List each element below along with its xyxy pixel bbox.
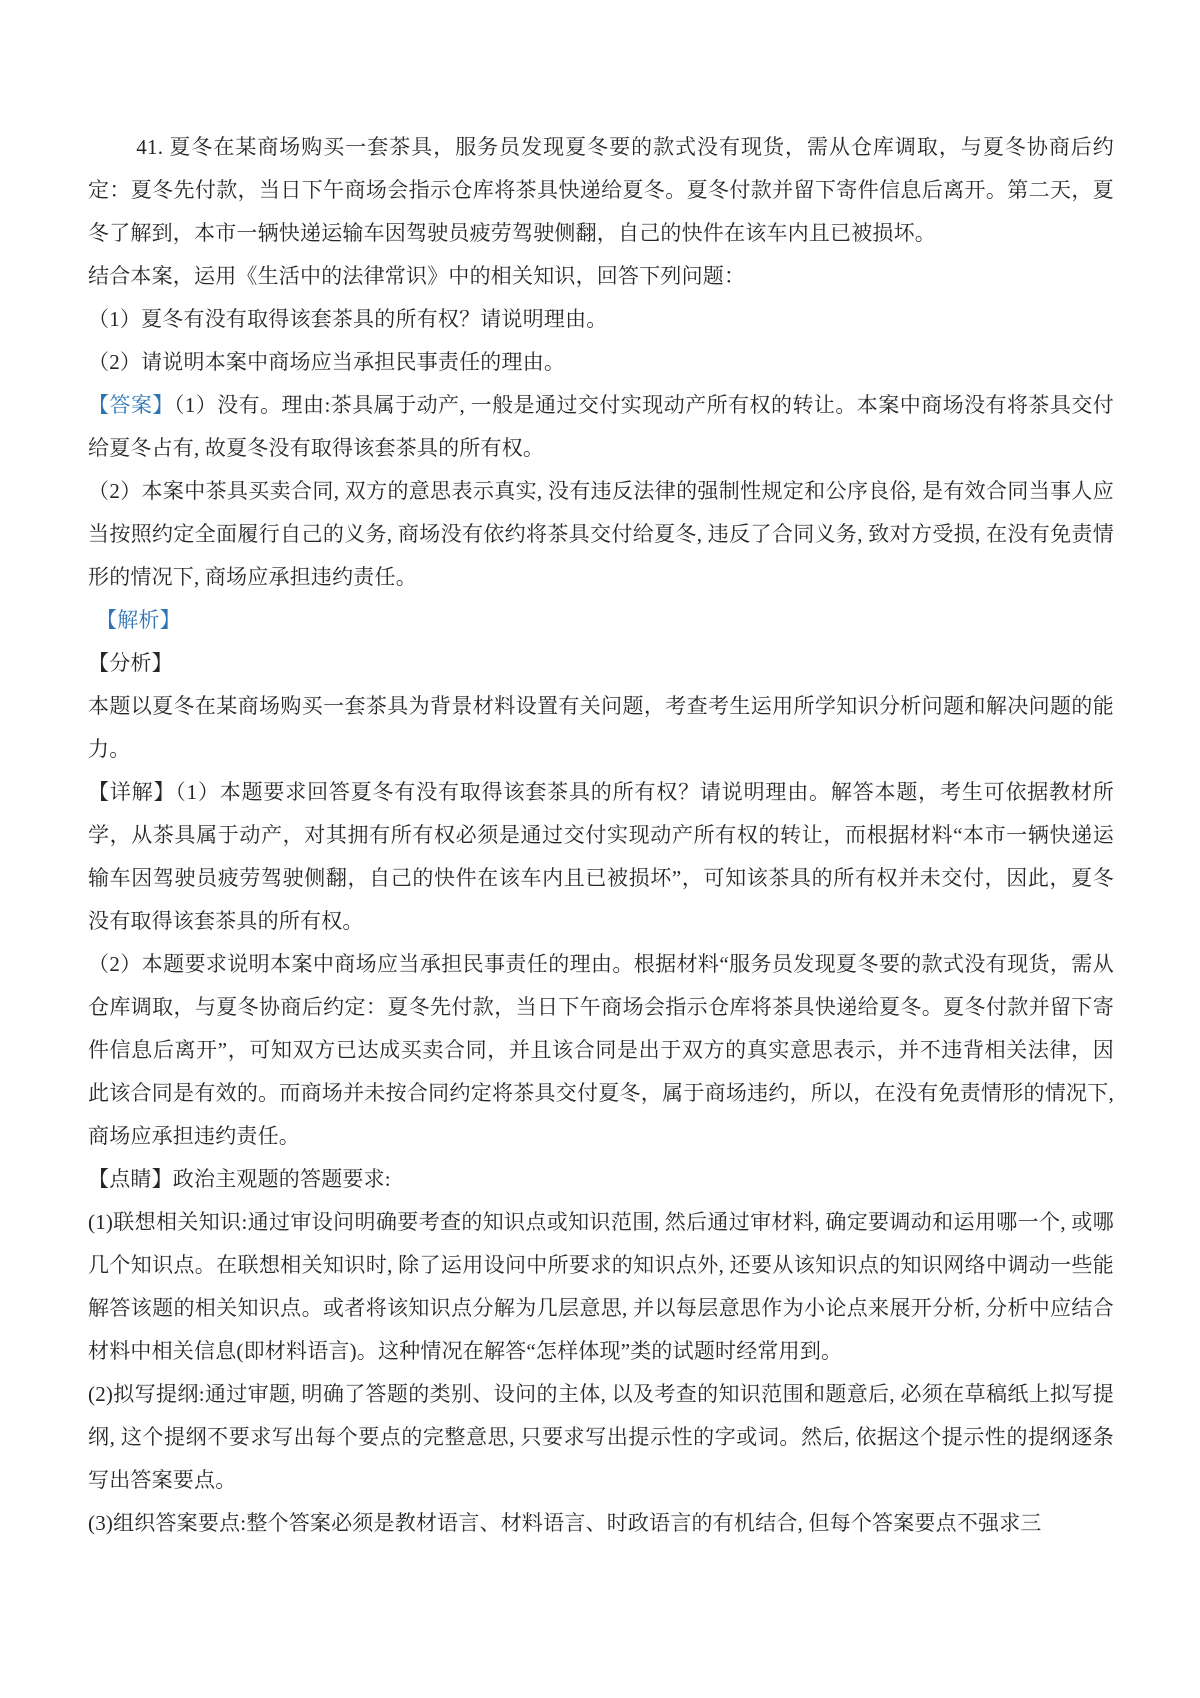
question-sub-1: （1）夏冬有没有取得该套茶具的所有权？请说明理由。	[88, 298, 1114, 341]
question-stem-text: 41. 夏冬在某商场购买一套茶具，服务员发现夏冬要的款式没有现货，需从仓库调取，…	[88, 135, 1114, 245]
tips-point-1-text: (1)联想相关知识:通过审设问明确要考查的知识点或知识范围, 然后通过审材料, …	[88, 1210, 1114, 1363]
detail-explanation-1: 【详解】（1）本题要求回答夏冬有没有取得该套茶具的所有权？请说明理由。解答本题，…	[88, 771, 1114, 943]
question-sub-2: （2）请说明本案中商场应当承担民事责任的理由。	[88, 341, 1114, 384]
question-sub-1-text: （1）夏冬有没有取得该套茶具的所有权？请说明理由。	[88, 307, 608, 331]
answer-part-2-text: （2）本案中茶具买卖合同, 双方的意思表示真实, 没有违反法律的强制性规定和公序…	[88, 479, 1114, 589]
detail-explanation-1-text: 【详解】（1）本题要求回答夏冬有没有取得该套茶具的所有权？请说明理由。解答本题，…	[88, 780, 1114, 933]
answer-part-1: 【答案】（1）没有。理由:茶具属于动产, 一般是通过交付实现动产所有权的转让。本…	[88, 384, 1114, 470]
document-page: 41. 夏冬在某商场购买一套茶具，服务员发现夏冬要的款式没有现货，需从仓库调取，…	[0, 0, 1200, 1698]
detail-explanation-2: （2）本题要求说明本案中商场应当承担民事责任的理由。根据材料“服务员发现夏冬要的…	[88, 943, 1114, 1158]
answer-part-1-text: （1）没有。理由:茶具属于动产, 一般是通过交付实现动产所有权的转让。本案中商场…	[88, 393, 1114, 460]
document-body: 41. 夏冬在某商场购买一套茶具，服务员发现夏冬要的款式没有现货，需从仓库调取，…	[88, 126, 1114, 1545]
question-stem: 41. 夏冬在某商场购买一套茶具，服务员发现夏冬要的款式没有现货，需从仓库调取，…	[88, 126, 1114, 255]
tips-label-text: 【点睛】政治主观题的答题要求:	[88, 1167, 391, 1191]
analysis-label: 【解析】	[88, 599, 1114, 642]
question-instruction-text: 结合本案，运用《生活中的法律常识》中的相关知识，回答下列问题：	[88, 264, 745, 288]
question-instruction: 结合本案，运用《生活中的法律常识》中的相关知识，回答下列问题：	[88, 255, 1114, 298]
answer-label: 【答案】	[88, 393, 174, 417]
analysis-overview: 本题以夏冬在某商场购买一套茶具为背景材料设置有关问题，考查考生运用所学知识分析问…	[88, 685, 1114, 771]
tips-point-3-text: (3)组织答案要点:整个答案必须是教材语言、材料语言、时政语言的有机结合, 但每…	[88, 1511, 1042, 1535]
answer-part-2: （2）本案中茶具买卖合同, 双方的意思表示真实, 没有违反法律的强制性规定和公序…	[88, 470, 1114, 599]
analysis-sublabel: 【分析】	[88, 642, 1114, 685]
analysis-label-text: 【解析】	[96, 608, 181, 632]
analysis-overview-text: 本题以夏冬在某商场购买一套茶具为背景材料设置有关问题，考查考生运用所学知识分析问…	[88, 694, 1114, 761]
question-sub-2-text: （2）请说明本案中商场应当承担民事责任的理由。	[88, 350, 565, 374]
tips-label: 【点睛】政治主观题的答题要求:	[88, 1158, 1114, 1201]
tips-point-3: (3)组织答案要点:整个答案必须是教材语言、材料语言、时政语言的有机结合, 但每…	[88, 1502, 1114, 1545]
detail-explanation-2-text: （2）本题要求说明本案中商场应当承担民事责任的理由。根据材料“服务员发现夏冬要的…	[88, 952, 1114, 1148]
tips-point-2: (2)拟写提纲:通过审题, 明确了答题的类别、设问的主体, 以及考查的知识范围和…	[88, 1373, 1114, 1502]
tips-point-2-text: (2)拟写提纲:通过审题, 明确了答题的类别、设问的主体, 以及考查的知识范围和…	[88, 1382, 1114, 1492]
tips-point-1: (1)联想相关知识:通过审设问明确要考查的知识点或知识范围, 然后通过审材料, …	[88, 1201, 1114, 1373]
analysis-sublabel-text: 【分析】	[88, 651, 173, 675]
